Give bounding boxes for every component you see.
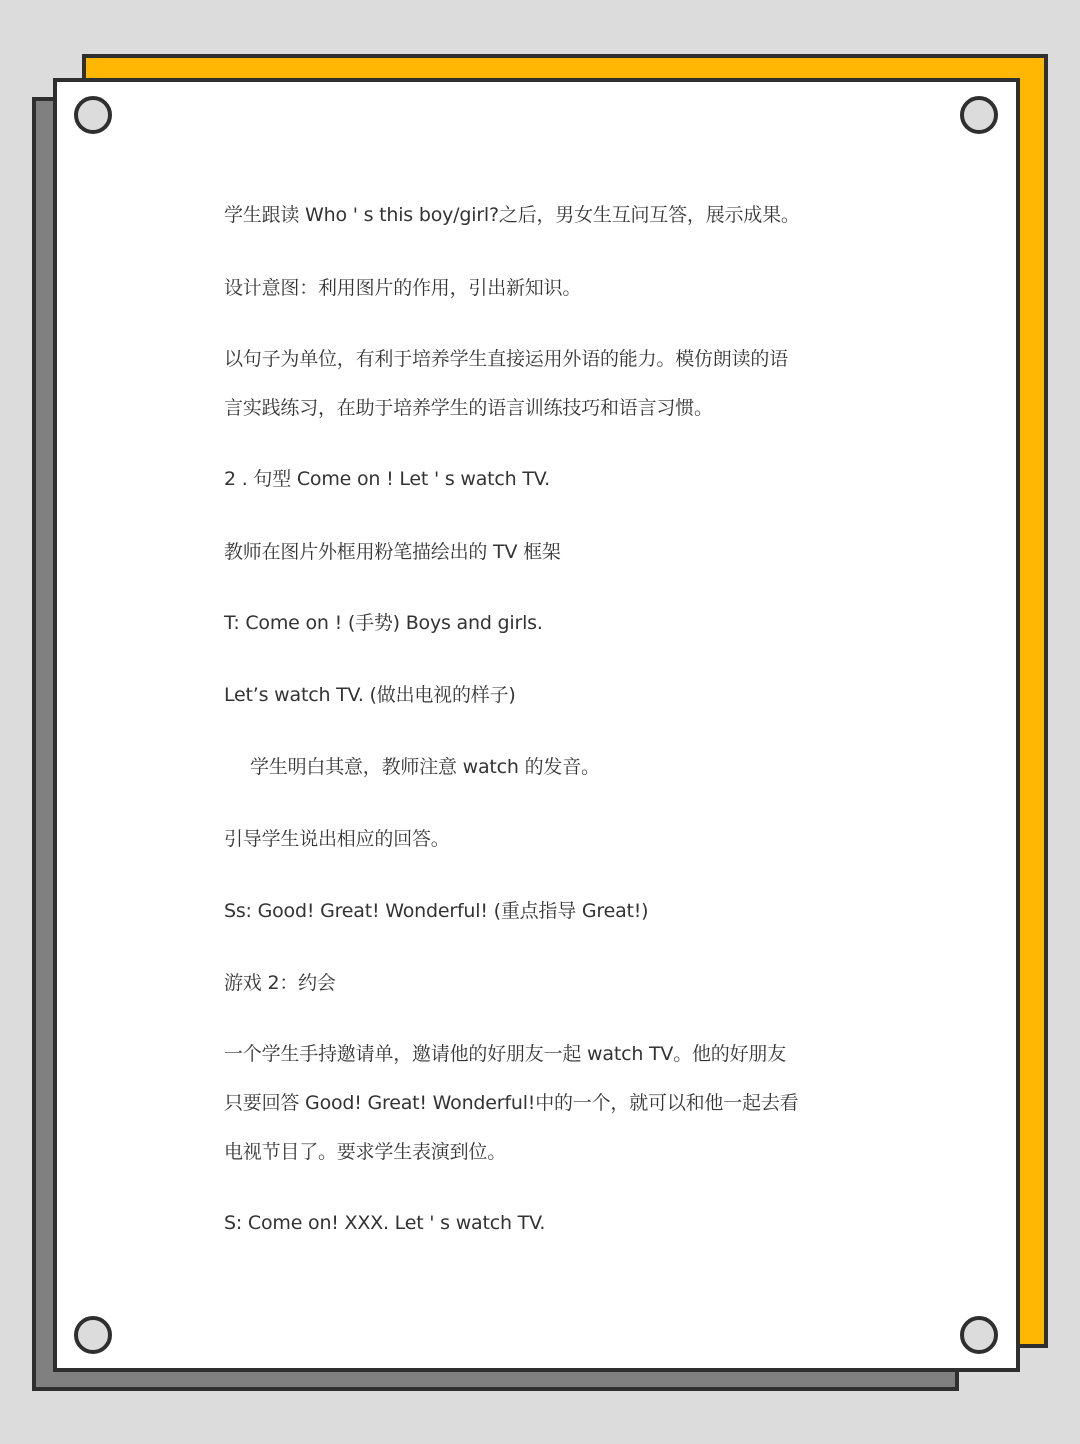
pin-icon-top-right xyxy=(960,96,998,134)
dialogue-line-students: Ss: Good! Great! Wonderful! (重点指导 Great!… xyxy=(224,899,648,923)
paragraph-line: 学生跟读 Who ' s this boy/girl?之后，男女生互问互答，展示… xyxy=(224,203,800,227)
pin-icon-bottom-left xyxy=(74,1316,112,1354)
paragraph-line: 教师在图片外框用粉笔描绘出的 TV 框架 xyxy=(224,540,561,564)
paragraph-line: 一个学生手持邀请单，邀请他的好朋友一起 watch TV。他的好朋友 xyxy=(224,1042,786,1066)
paragraph-line: 学生明白其意，教师注意 watch 的发音。 xyxy=(250,755,600,779)
pin-icon-top-left xyxy=(74,96,112,134)
game-heading: 游戏 2：约会 xyxy=(224,971,336,995)
paragraph-line: 以句子为单位，有利于培养学生直接运用外语的能力。模仿朗读的语 xyxy=(224,347,788,371)
dialogue-line-teacher: T: Come on ! (手势) Boys and girls. xyxy=(224,611,543,635)
dialogue-line: Let’s watch TV. (做出电视的样子) xyxy=(224,683,516,707)
paragraph-line: 只要回答 Good! Great! Wonderful!中的一个，就可以和他一起… xyxy=(224,1091,798,1115)
document-page xyxy=(53,78,1020,1372)
section-heading: 2 . 句型 Come on ! Let ' s watch TV. xyxy=(224,467,550,491)
dialogue-line-student: S: Come on! XXX. Let ' s watch TV. xyxy=(224,1211,545,1235)
paragraph-line: 引导学生说出相应的回答。 xyxy=(224,827,450,851)
paragraph-line: 电视节目了。要求学生表演到位。 xyxy=(224,1140,506,1164)
design-intent-line: 设计意图：利用图片的作用，引出新知识。 xyxy=(224,276,581,300)
paragraph-line: 言实践练习，在助于培养学生的语言训练技巧和语言习惯。 xyxy=(224,396,713,420)
pin-icon-bottom-right xyxy=(960,1316,998,1354)
